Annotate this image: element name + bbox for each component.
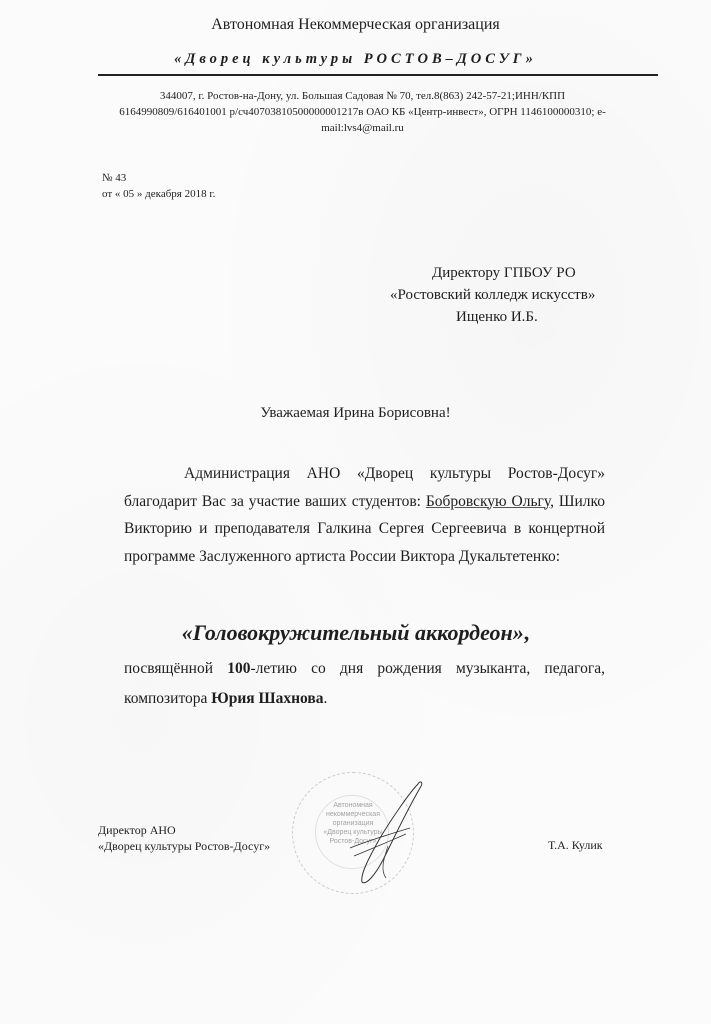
student-name-underlined: Бобровскую Ольгу xyxy=(426,493,550,510)
document-reference: № 43 от « 05 » декабря 2018 г. xyxy=(102,170,215,202)
requisites-line-3: mail:lvs4@mail.ru xyxy=(95,120,630,136)
body-p2-start: посвящённой xyxy=(124,660,227,677)
addressee-name: Ищенко И.Б. xyxy=(380,306,680,328)
event-title-text: «Головокружительный аккордеон» xyxy=(182,620,524,645)
anniversary-number: 100 xyxy=(227,660,250,677)
signer-title: Директор АНО «Дворец культуры Ростов-Дос… xyxy=(98,822,270,854)
addressee-block: Директору ГПБОУ РО «Ростовский колледж и… xyxy=(380,262,680,328)
letter-body-paragraph-1: Администрация АНО «Дворец культуры Росто… xyxy=(124,460,605,570)
composer-name: Юрия Шахнова xyxy=(211,690,323,707)
salutation: Уважаемая Ирина Борисовна! xyxy=(0,405,711,422)
requisites-line-2: 6164990809/616401001 р/сч407038105000000… xyxy=(95,104,630,120)
letter-body-paragraph-3: композитора Юрия Шахнова. xyxy=(124,684,605,714)
event-title-comma: , xyxy=(524,620,530,645)
document-date: от « 05 » декабря 2018 г. xyxy=(102,186,215,202)
body-p2-mid: -летию со дня рождения музыканта, педаго… xyxy=(250,660,605,677)
letterhead-divider xyxy=(98,74,658,76)
addressee-position: Директору ГПБОУ РО xyxy=(380,262,680,284)
event-title: «Головокружительный аккордеон», xyxy=(0,620,711,646)
signer-name: Т.А. Кулик xyxy=(548,838,603,853)
handwritten-signature xyxy=(340,778,430,888)
letterhead-org-type: Автономная Некоммерческая организация xyxy=(0,16,711,34)
letterhead-requisites: 344007, г. Ростов-на-Дону, ул. Большая С… xyxy=(95,88,630,136)
document-number: № 43 xyxy=(102,170,215,186)
addressee-organization: «Ростовский колледж искусств» xyxy=(380,284,680,306)
signer-position: Директор АНО xyxy=(98,822,270,838)
letter-body-paragraph-2: посвящённой 100-летию со дня рождения му… xyxy=(124,654,605,684)
body-p3-end: . xyxy=(324,690,328,707)
body-p3-start: композитора xyxy=(124,690,211,707)
signer-organization: «Дворец культуры Ростов-Досуг» xyxy=(98,838,270,854)
requisites-line-1: 344007, г. Ростов-на-Дону, ул. Большая С… xyxy=(95,88,630,104)
letterhead-org-name: «Дворец культуры РОСТОВ–ДОСУГ» xyxy=(0,51,711,68)
